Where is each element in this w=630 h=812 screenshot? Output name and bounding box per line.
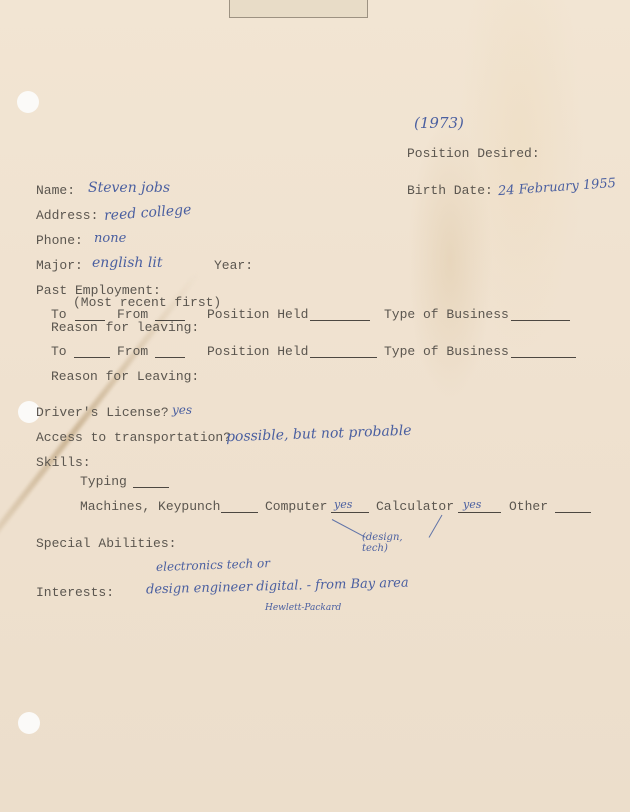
special-abilities-label: Special Abilities:: [36, 536, 176, 551]
calculator-value: yes: [463, 497, 481, 513]
calculator-label: Calculator: [376, 499, 454, 514]
keypunch-blank[interactable]: [221, 512, 258, 513]
reason-for-leaving-label: Reason for Leaving:: [51, 369, 199, 384]
type-of-business-label: Type of Business: [384, 344, 509, 359]
other-blank[interactable]: [555, 512, 591, 513]
other-label: Other: [509, 499, 548, 514]
year-label: Year:: [214, 258, 253, 273]
major-value: english lit: [92, 255, 162, 271]
computer-label: Computer: [265, 499, 327, 514]
paper-tab: [229, 0, 368, 18]
transportation-value: possible, but not probable: [226, 423, 412, 445]
phone-value: none: [94, 231, 126, 247]
birth-date-value: 24 February 1955: [498, 176, 617, 200]
interests-value: design engineer digital. - from Bay area: [146, 576, 409, 599]
skills-note: (design, tech): [362, 532, 412, 554]
drivers-license-value: yes: [172, 402, 192, 418]
interests-note: Hewlett-Packard: [265, 600, 341, 616]
typing-label: Typing: [80, 474, 127, 489]
arrow-to-computer-icon: [332, 519, 366, 538]
type-of-business-blank[interactable]: [511, 357, 576, 358]
computer-value: yes: [334, 497, 352, 513]
major-label: Major:: [36, 258, 83, 273]
phone-label: Phone:: [36, 233, 83, 248]
position-held-label: Position Held: [207, 344, 308, 359]
drivers-license-label: Driver's License?: [36, 405, 169, 420]
application-form: (1973) Position Desired: Birth Date: 24 …: [0, 0, 630, 812]
address-label: Address:: [36, 208, 98, 223]
to-blank[interactable]: [74, 357, 110, 358]
position-held-blank[interactable]: [310, 357, 377, 358]
skills-label: Skills:: [36, 455, 91, 470]
interests-label: Interests:: [36, 585, 114, 600]
name-label: Name:: [36, 183, 75, 198]
to-label: To: [51, 344, 67, 359]
typing-blank[interactable]: [133, 487, 169, 488]
position-held-blank[interactable]: [310, 320, 370, 321]
machines-keypunch-label: Machines, Keypunch: [80, 499, 220, 514]
type-of-business-blank[interactable]: [511, 320, 570, 321]
type-of-business-label: Type of Business: [384, 307, 509, 322]
position-held-label: Position Held: [207, 307, 308, 322]
position-desired-label: Position Desired:: [407, 146, 540, 161]
name-value: Steven jobs: [88, 180, 170, 196]
transportation-label: Access to transportation?: [36, 430, 231, 445]
special-abilities-value: electronics tech or: [156, 555, 270, 575]
from-label: From: [117, 344, 148, 359]
arrow-to-calculator-icon: [429, 515, 443, 538]
year-note: (1973): [414, 115, 464, 131]
binder-hole-bottom: [18, 712, 40, 734]
reason-for-leaving-label: Reason for leaving:: [51, 320, 199, 335]
from-blank[interactable]: [155, 357, 185, 358]
binder-hole-top: [17, 91, 39, 113]
address-value: reed college: [104, 202, 192, 224]
birth-date-label: Birth Date:: [407, 183, 493, 198]
